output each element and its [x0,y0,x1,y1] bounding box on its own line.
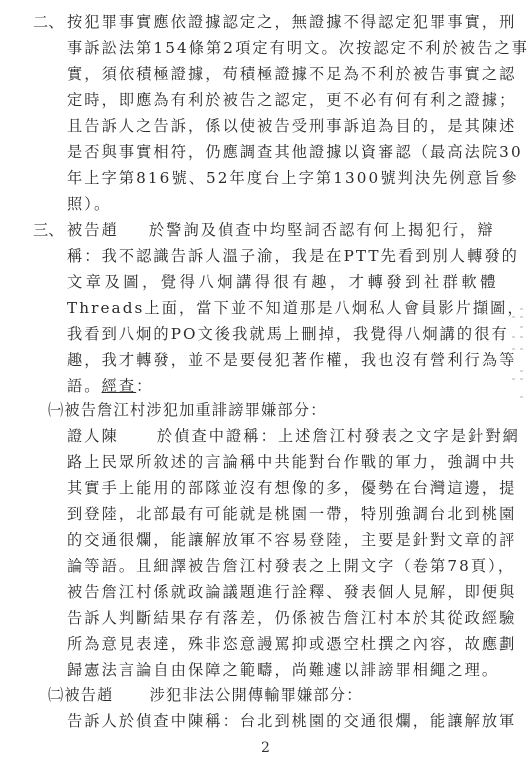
section-2-line-1: 按犯罪事實應依證據認定之，無證據不得認定犯罪事實，刑 [67,12,516,32]
scan-artifact [508,300,528,410]
subsection-1-line-6: 論等語。且細譯被告詹江村發表之上開文字（卷第78頁）， [67,556,515,576]
document-page: 二、 按犯罪事實應依證據認定之，無證據不得認定犯罪事實，刑 事訴訟法第154條第… [0,0,531,761]
section-2-marker: 二、 [33,12,63,32]
subsection-1-line-8: 告訴人判斷結果存有落差，仍係被告詹江村本於其從政經驗 [67,608,516,628]
page-number: 2 [0,740,531,756]
section-2-line-4: 定時，即應為有利於被告之認定，更不必有何有利之證據； [67,90,516,110]
defendant-name-redacted: 被告趙 [64,686,113,704]
section-3-line-7: 語。經查： [67,376,153,396]
section-3-marker: 三、 [33,220,63,240]
subsection-2-line-1: 告訴人於偵查中陳稱：台北到桃園的交通很爛，能讓解放軍 [67,711,516,731]
section-2-line-5: 且告訴人之告訴，係以使被告受刑事訴追為目的，是其陳述 [67,116,516,136]
subsection-2-heading: ㈡被告趙涉犯非法公開傳輸罪嫌部分： [48,685,363,705]
section-2-line-2: 事訴訟法第154條第2項定有明文。次按認定不利於被告之事 [67,38,529,58]
section-3-line-5: 我看到八炯的PO文後我就馬上刪掉，我覺得八炯講的很有 [67,324,509,344]
subsection-1-heading: ㈠被告詹江村涉犯加重誹謗罪嫌部分： [48,400,327,420]
defendant-name-redacted: 被告趙 [67,221,119,239]
subsection-1-marker: ㈠ [48,401,64,419]
subsection-1-line-1: 證人陳於偵查中證稱：上述詹江村發表之文字是針對網 [67,426,520,446]
section-2-line-3: 實，須依積極證據，苟積極證據不足為不利於被告事實之認 [67,64,516,84]
witness-name-redacted: 證人陳 [67,427,119,445]
subsection-1-line-7: 被告詹江村係就政論議題進行詮釋、發表個人見解，即便與 [67,582,516,602]
subsection-1-line-9: 所為意見表達，殊非恣意謾罵抑或憑空杜撰之內容，故應劃 [67,634,516,654]
subsection-1-line-1-rest: 於偵查中證稱：上述詹江村發表之文字是針對網 [157,427,520,445]
subsection-1-line-5: 的交通很爛，能讓解放軍不容易登陸，主要是針對文章的評 [67,530,516,550]
subsection-1-line-3: 其實手上能用的部隊並沒有想像的多，優勢在台灣這邊，提 [67,478,516,498]
underlined-phrase: 經查 [102,377,137,395]
section-3-line-7-prefix: 語。 [67,377,102,395]
section-3-line-1-rest: 於警詢及偵查中均堅詞否認有何上揭犯行，辯 [149,221,495,239]
subsection-1-line-4: 到登陸，北部最有可能就是桃園一帶，特別強調台北到桃園 [67,504,516,524]
section-2-line-6: 是否與事實相符，仍應調查其他證據以資審認（最高法院30 [67,142,523,162]
section-3-line-4: Threads上面，當下並不知道那是八炯私人會員影片擷圖， [67,298,525,318]
subsection-1-line-2: 路上民眾所敘述的言論稱中共能對台作戰的軍力，強調中共 [67,452,516,472]
subsection-2-marker: ㈡ [48,686,64,704]
section-3-line-2: 稱：我不認識告訴人溫子渝，我是在PTT先看到別人轉發的 [67,246,519,266]
section-3-line-6: 趣，我才轉發，並不是要侵犯著作權，我也沒有營利行為等 [67,350,516,370]
section-2-line-7: 年上字第816號、52年度台上字第1300號判決先例意旨參 [67,168,519,188]
section-3-line-3: 文章及圖，覺得八炯講得很有趣，才轉發到社群軟體 [67,272,499,292]
section-2-line-8: 照）。 [67,194,111,214]
section-3-line-7-suffix: ： [136,377,153,395]
subsection-2-heading-text: 涉犯非法公開傳輸罪嫌部分： [150,686,363,704]
subsection-1-heading-text: 被告詹江村涉犯加重誹謗罪嫌部分： [64,401,326,419]
section-3-line-1: 被告趙於警詢及偵查中均堅詞否認有何上揭犯行，辯 [67,220,495,240]
subsection-1-line-10: 歸憲法言論自由保障之範疇，尚難遽以誹謗罪相繩之理。 [67,660,499,680]
